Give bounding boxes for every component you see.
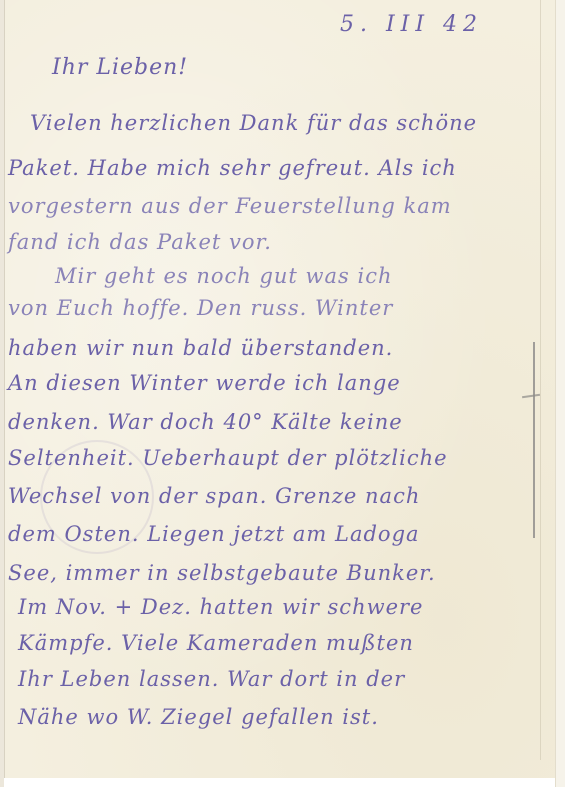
letter-line-3: vorgestern aus der Feuerstellung kam: [8, 196, 452, 217]
letter-line-13: See, immer in selbstgebaute Bunker.: [8, 563, 436, 584]
letter-line-12: dem Osten. Liegen jetzt am Ladoga: [8, 524, 420, 545]
letter-line-16: Ihr Leben lassen. War dort in der: [18, 669, 405, 690]
letter-line-9: denken. War doch 40° Kälte keine: [8, 412, 403, 433]
letter-line-15: Kämpfe. Viele Kameraden mußten: [18, 633, 414, 654]
letter-line-17: Nähe wo W. Ziegel gefallen ist.: [18, 707, 379, 728]
letter-line-7: haben wir nun bald überstanden.: [8, 338, 393, 359]
letter-salutation: Ihr Lieben!: [52, 57, 188, 79]
letter-line-11: Wechsel von der span. Grenze nach: [8, 486, 420, 507]
letter-line-6: von Euch hoffe. Den russ. Winter: [8, 298, 393, 319]
paper-fold-line: [540, 0, 541, 760]
letter-line-8: An diesen Winter werde ich lange: [8, 373, 401, 394]
letter-line-1: Vielen herzlichen Dank für das schöne: [30, 113, 477, 134]
letter-line-4: fand ich das Paket vor.: [8, 232, 272, 253]
letter-line-14: Im Nov. + Dez. hatten wir schwere: [18, 597, 423, 618]
letter-line-5: Mir geht es noch gut was ich: [55, 266, 392, 287]
letter-line-10: Seltenheit. Ueberhaupt der plötzliche: [8, 448, 448, 469]
pencil-margin-line: [533, 342, 535, 538]
letter-line-2: Paket. Habe mich sehr gefreut. Als ich: [8, 158, 457, 179]
page-right-edge: [555, 0, 565, 787]
letter-date: 5. III 42: [340, 14, 483, 36]
